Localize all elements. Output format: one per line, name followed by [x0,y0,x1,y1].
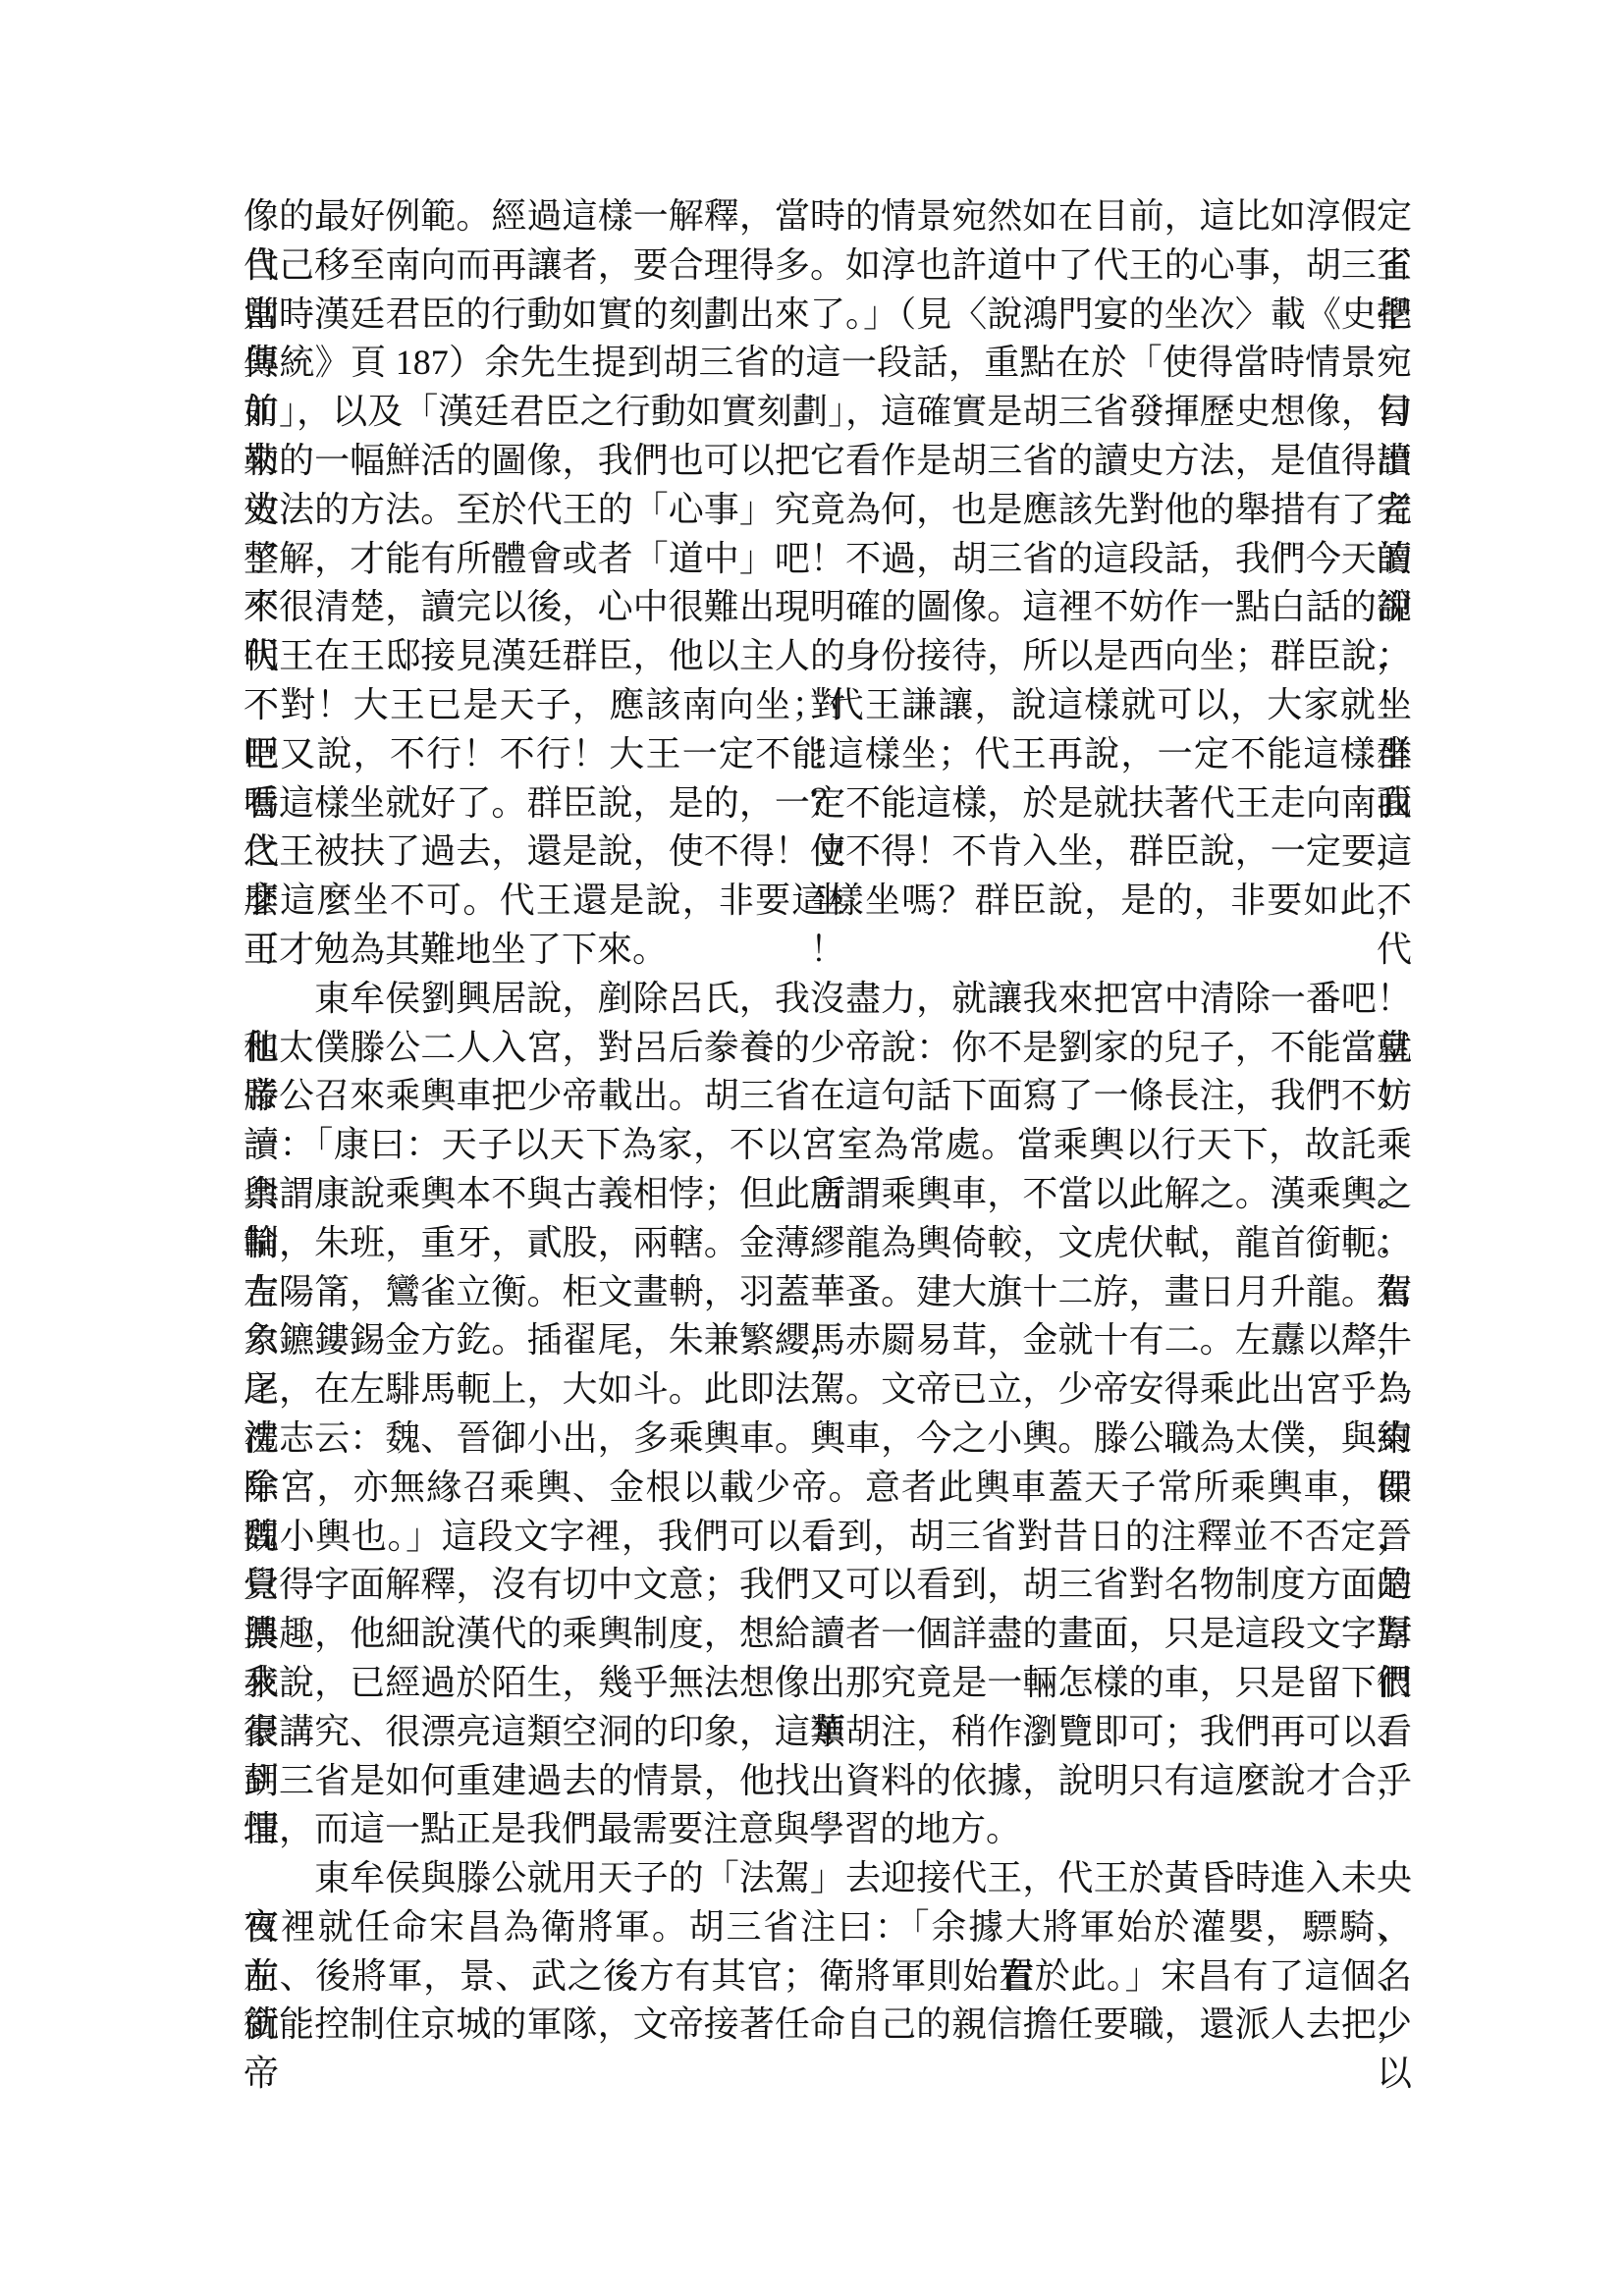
text-line: 夜裡就任命宋昌為衛將軍。胡三省注曰：「余據大將軍始於灌嬰，驃騎、左、右、 [244,1903,1412,1952]
text-line: 覺得字面解釋，沒有切中文意；我們又可以看到，胡三省對名物制度方面的濃厚 [244,1561,1412,1610]
text-line: 自己移至南向而再讓者，要合理得多。如淳也許道中了代王的心事，胡三省則把 [244,241,1412,291]
text-line: 前、後將軍，景、武之後方有其官；衛將軍則始置於此。」宋昌有了這個名銜， [244,1952,1412,2002]
text-line: 東牟侯與滕公就用天子的「法駕」去迎接代王，代王於黃昏時進入未央宮， [244,1854,1412,1903]
text-line: 非這麼坐不可。代王還是說，非要這樣坐嗎？群臣說，是的，非要如此不可！代 [244,877,1412,926]
text-line: 來的一幅鮮活的圖像，我們也可以把它看作是胡三省的讀史方法，是值得讀史者 [244,437,1412,486]
text-line: 效法的方法。至於代王的「心事」究竟為何，也是應該先對他的舉措有了完整的 [244,486,1412,535]
text-line: 理，而這一點正是我們最需要注意與學習的地方。 [244,1805,1412,1854]
text-line: 很講究、很漂亮這類空洞的印象，這類胡注，稍作瀏覽即可；我們再可以看到， [244,1708,1412,1757]
text-line: 不對！大王已是天子，應該南向坐；代王謙讓，說這樣就可以，大家就坐吧！群 [244,681,1412,730]
text-line: 代王在王邸接見漢廷群臣，他以主人的身份接待，所以是西向坐；群臣說，不對！ [244,632,1412,681]
text-line: 吉陽筩，鸞雀立衡。柜文畫輈，羽蓋華蚤。建大旗十二斿，畫日月升龍。駕六馬， [244,1268,1412,1317]
text-line: 來說，已經過於陌生，幾乎無法想像出那究竟是一輛怎樣的車，只是留下很豪華、 [244,1659,1412,1708]
text-line: 之，在左騑馬軛上，大如斗。此即法駕。文帝已立，少帝安得乘此出宮乎！沈約 [244,1365,1412,1415]
text-line: 像的最好例範。經過這樣一解釋，當時的情景宛然如在目前，這比如淳假定代王 [244,192,1412,241]
text-line: 前」，以及「漢廷君臣之行動如實刻劃」，這確實是胡三省發揮歷史想像，勾勒出 [244,388,1412,437]
text-line: 代王被扶了過去，還是說，使不得！使不得！不肯入坐，群臣說，一定要這麼坐， [244,828,1412,877]
text-line: 余謂康說乘輿本不與古義相悖；但此所謂乘輿車，不當以此解之。漢乘輿之制： [244,1170,1412,1219]
text-line: 就能控制住京城的軍隊，文帝接著任命自己的親信擔任要職，還派人去把少帝以 [244,2001,1412,2050]
text-line: 興趣，他細說漢代的乘輿制度，想給讀者一個詳盡的畫面，只是這段文字對我們 [244,1610,1412,1659]
text-line: 除宮，亦無緣召乘輿、金根以載少帝。意者此輿車蓋天子常所乘輿車，即魏、晉 [244,1464,1412,1513]
text-line: 看這樣坐就好了。群臣說，是的，一定不能這樣，於是就扶著代王走向南面之位， [244,779,1412,828]
text-line: 滕公召來乘輿車把少帝載出。胡三省在這句話下面寫了一條長注，我們不妨一 [244,1072,1412,1121]
text-line: 了解，才能有所體會或者「道中」吧！不過，胡三省的這段話，我們今天讀來卻 [244,535,1412,584]
document-page: 像的最好例範。經過這樣一解釋，當時的情景宛然如在目前，這比如淳假定代王自己移至南… [0,0,1624,2296]
text-line: 和太僕滕公二人入宮，對呂后豢養的少帝說：你不是劉家的兒子，不能當皇帝！ [244,1024,1412,1073]
text-line: 象鑣鏤錫金方釳。插翟尾，朱兼繁纓，赤罽易茸，金就十有二。左纛以犛牛尾為 [244,1316,1412,1365]
text-line: 禮志云：魏、晉御小出，多乘輿車。輿車，今之小輿。滕公職為太僕，與東牟侯 [244,1415,1412,1464]
text-line: 輪，朱班，重牙，貳股，兩轄。金薄繆龍為輿倚較，文虎伏軾，龍首銜軛。左右 [244,1219,1412,1268]
text-line: 胡三省是如何重建過去的情景，他找出資料的依據，說明只有這麼說才合乎情 [244,1757,1412,1806]
text-line: 東牟侯劉興居說，剷除呂氏，我沒盡力，就讓我來把宮中清除一番吧！他就 [244,975,1412,1024]
body-text: 像的最好例範。經過這樣一解釋，當時的情景宛然如在目前，這比如淳假定代王自己移至南… [244,192,1412,2050]
text-line: 間小輿也。」這段文字裡，我們可以看到，胡三省對昔日的注釋並不否定，只是 [244,1513,1412,1562]
text-line: 不很清楚，讀完以後，心中很難出現明確的圖像。這裡不妨作一點白話的說明： [244,583,1412,632]
text-line: 讀：「康曰：天子以天下為家，不以宮室為常處。當乘輿以行天下，故託乘輿言。 [244,1121,1412,1170]
text-line: 傳統》頁 187）余先生提到胡三省的這一段話，重點在於「使得當時情景宛如目 [244,339,1412,388]
text-line: 當時漢廷君臣的行動如實的刻劃出來了。」（見〈說鴻門宴的坐次〉載《史學與 [244,291,1412,340]
text-line: 臣又說，不行！不行！大王一定不能這樣坐；代王再說，一定不能這樣坐嗎？我 [244,730,1412,779]
